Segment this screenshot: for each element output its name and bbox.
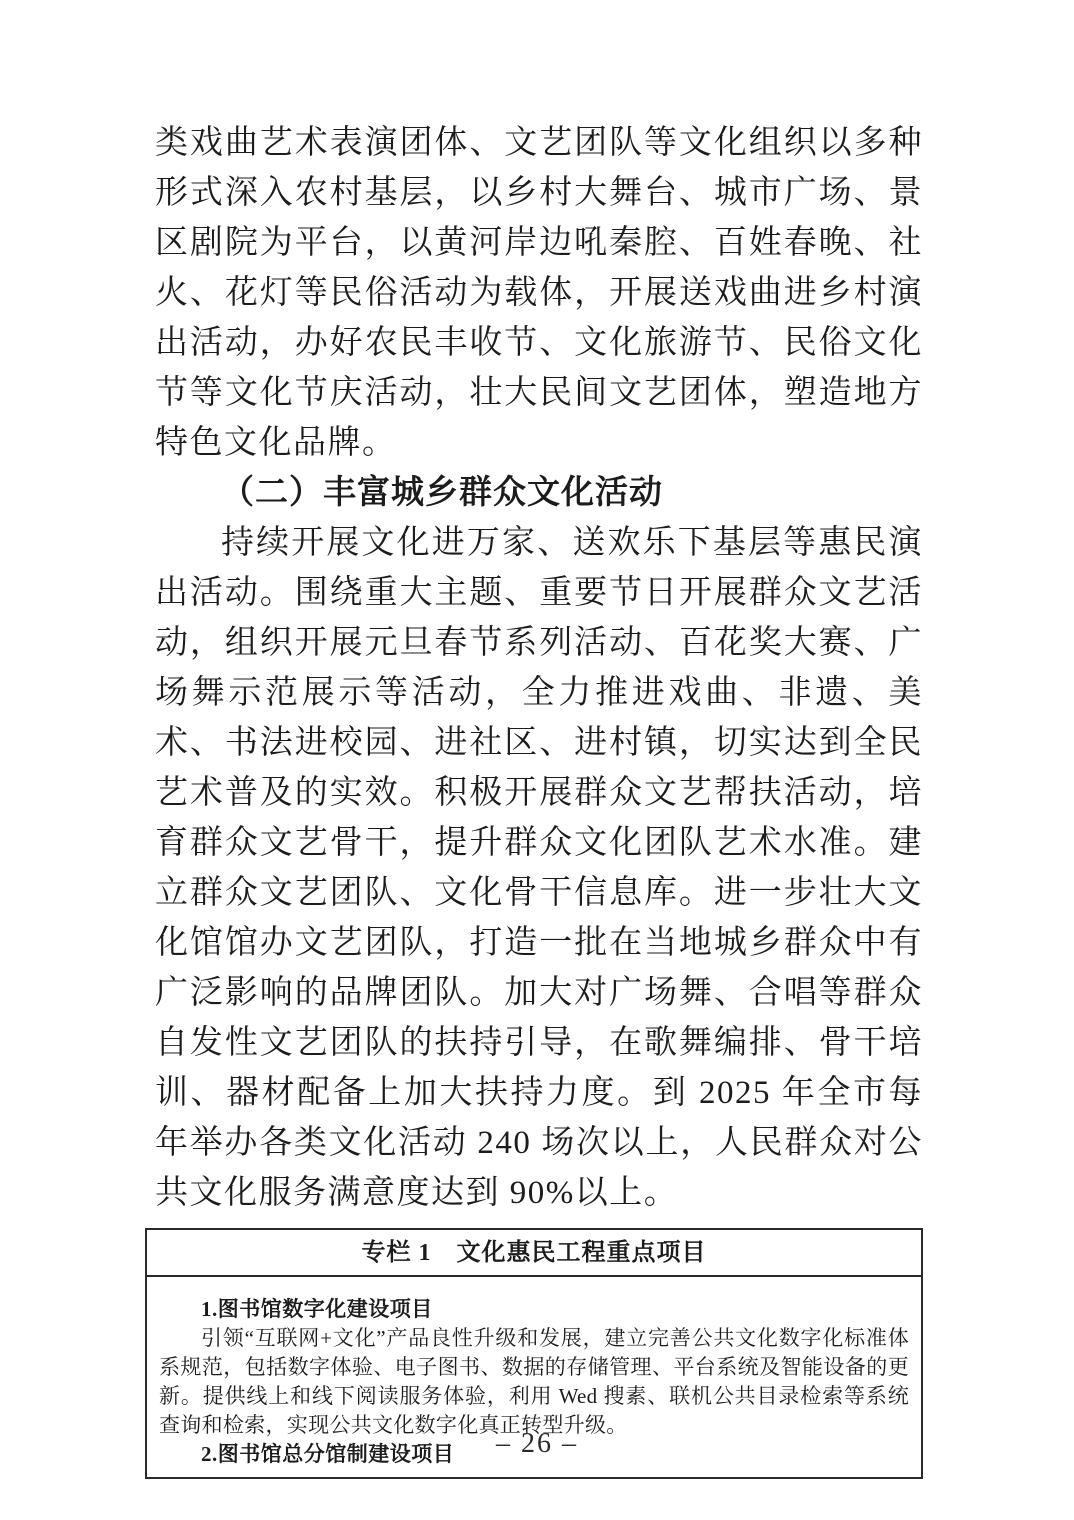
section-heading: （二）丰富城乡群众文化活动 [155,468,923,518]
page-number: – 26 – [0,1428,1074,1460]
document-page: 类戏曲艺术表演团体、文艺团队等文化组织以多种形式深入农村基层，以乡村大舞台、城市… [0,0,1074,1520]
paragraph-continued-from-previous-page: 类戏曲艺术表演团体、文艺团队等文化组织以多种形式深入农村基层，以乡村大舞台、城市… [155,118,923,468]
callout-item-1-title: 1.图书馆数字化建设项目 [159,1295,909,1324]
paragraph-mass-culture-activities: 持续开展文化进万家、送欢乐下基层等惠民演出活动。围绕重大主题、重要节日开展群众文… [155,518,923,1218]
callout-item-1-body: 引领“互联网+文化”产品良性升级和发展，建立完善公共文化数字化标准体系规范，包括… [159,1324,909,1440]
text-block: 类戏曲艺术表演团体、文艺团队等文化组织以多种形式深入农村基层，以乡村大舞台、城市… [155,118,923,1479]
callout-box-title: 专栏 1 文化惠民工程重点项目 [147,1230,921,1277]
